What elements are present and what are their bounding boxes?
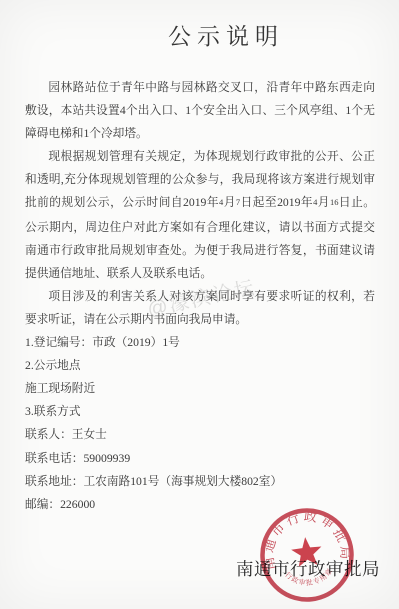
- location-value-line: 施工现场附近: [25, 377, 375, 400]
- paragraph-2-line-2: 和透明,充分体现规划管理的公众参与，我局现将该方案进行规划审: [25, 168, 375, 191]
- contact-label-line: 3.联系方式: [25, 400, 375, 423]
- page-title: 公示说明: [51, 18, 399, 51]
- paragraph-3-line-1: 项目涉及的利害关系人对该方案同时享有要求听证的权利，若: [25, 285, 375, 308]
- official-seal-stamp: 南通市行政审批局 行政审批专用章: [247, 495, 368, 609]
- location-label-line: 2.公示地点: [25, 354, 375, 377]
- paragraph-2-line-1: 现根据规划管理有关规定，为体现规划行政审批的公开、公正: [25, 145, 375, 168]
- seal-star-icon: [290, 536, 323, 568]
- contact-phone-line: 联系电话：59009939: [25, 447, 375, 470]
- registration-number-line: 1.登记编号：市政（2019）1号: [25, 331, 375, 354]
- paragraph-2-line-6: 提供通信地址、联系人及联系电话。: [25, 262, 375, 285]
- paragraph-2-line-5: 南通市行政审批局规划审查处。为便于我局进行答复，书面建议请: [25, 239, 375, 262]
- document-body: 园林路站位于青年中路与园林路交叉口，沿青年中路东西走向 敷设，本站共设置4个出入…: [25, 76, 375, 516]
- date-month-2: 4: [313, 197, 317, 207]
- paragraph-2-line-4: 公示期内，周边住户对此方案如有合理化建议，请以书面方式提交: [25, 216, 375, 239]
- date-text-end: 日止。: [338, 196, 374, 209]
- date-month-char-1: 月: [223, 196, 236, 209]
- seal-bottom-text: 行政审批专用章: [283, 565, 336, 589]
- date-day-2: 16: [330, 197, 339, 207]
- contact-person-line: 联系人：王女士: [25, 423, 375, 446]
- date-month-1: 4: [219, 197, 223, 207]
- notice-document-page: 公示说明 园林路站位于青年中路与园林路交叉口，沿青年中路东西走向 敷设，本站共设…: [0, 0, 399, 609]
- date-month-char-2: 月: [317, 196, 330, 209]
- paragraph-1-line-1: 园林路站位于青年中路与园林路交叉口，沿青年中路东西走向: [25, 76, 375, 99]
- paragraph-1-line-2: 敷设，本站共设置4个出入口、1个安全出入口、三个风亭组、1个无: [25, 99, 375, 122]
- contact-address-line: 联系地址：工农南路101号（海事规划大楼802室）: [25, 470, 375, 493]
- date-day-1: 7: [236, 197, 240, 207]
- paragraph-1-line-3: 障碍电梯和1个冷却塔。: [25, 122, 375, 145]
- date-text-mid: 日起至2019年: [240, 196, 313, 209]
- date-text-pre: 批前的规划公示，公示时间自2019年: [25, 196, 219, 209]
- paragraph-2-date-line: 批前的规划公示，公示时间自2019年4月7日起至2019年4月16日止。: [25, 191, 375, 215]
- paragraph-3-line-2: 要求听证，请在公示期内书面向我局申请。: [25, 308, 375, 331]
